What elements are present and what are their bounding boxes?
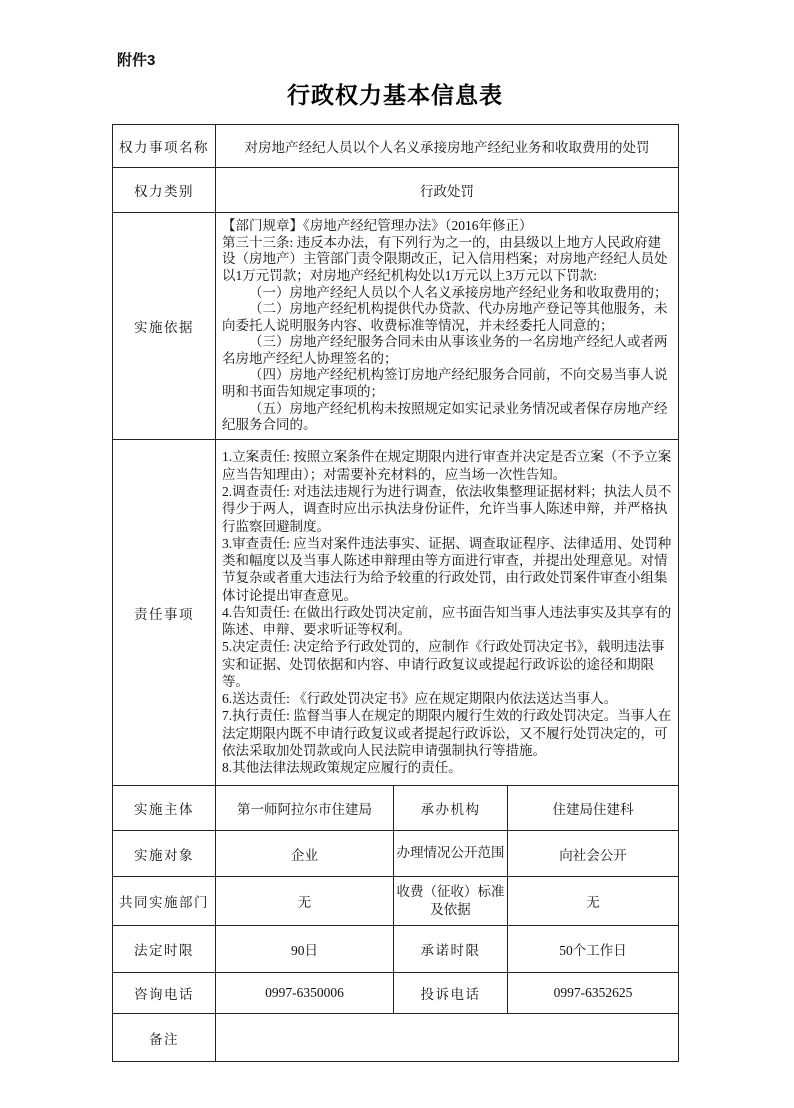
responsibility-paragraph: 3.审查责任: 应当对案件违法事实、证据、调查取证程序、法律适用、处罚种类和幅度… xyxy=(222,535,672,604)
basis-paragraph: （二）房地产经纪机构提供代办贷款、代办房地产登记等其他服务，未向委托人说明服务内… xyxy=(222,301,672,334)
legal-time-limit-label: 法定时限 xyxy=(113,926,216,973)
document-page: 附件3 行政权力基本信息表 权力事项名称 对房地产经纪人员以个人名义承接房地产经… xyxy=(0,0,794,1108)
page-title: 行政权力基本信息表 xyxy=(112,82,678,110)
basis-label: 实施依据 xyxy=(113,213,216,440)
fee-standard-label: 收费（征收）标准及依据 xyxy=(394,877,508,926)
basis-paragraph: 【部门规章】《房地产经纪管理办法》（2016年修正） xyxy=(222,218,672,235)
row-object: 实施对象 企业 办理情况公开范围 向社会公开 xyxy=(113,831,679,877)
responsibility-paragraph: 2.调查责任: 对违法违规行为进行调查，依法收集整理证据材料；执法人员不得少于两… xyxy=(222,483,672,535)
row-subject: 实施主体 第一师阿拉尔市住建局 承办机构 住建局住建科 xyxy=(113,786,679,831)
row-basis: 实施依据 【部门规章】《房地产经纪管理办法》（2016年修正） 第三十三条: 违… xyxy=(113,213,679,440)
object-value: 企业 xyxy=(216,831,394,877)
responsibility-paragraph: 8.其他法律法规政策规定应履行的责任。 xyxy=(222,759,672,776)
subject-label: 实施主体 xyxy=(113,786,216,831)
item-name-value: 对房地产经纪人员以个人名义承接房地产经纪业务和收取费用的处罚 xyxy=(216,125,679,168)
subject-value: 第一师阿拉尔市住建局 xyxy=(216,786,394,831)
row-category: 权力类别 行政处罚 xyxy=(113,168,679,213)
attachment-label: 附件3 xyxy=(117,52,794,70)
responsibility-paragraph: 4.告知责任: 在做出行政处罚决定前，应书面告知当事人违法事实及其享有的陈述、申… xyxy=(222,604,672,639)
row-joint-department: 共同实施部门 无 收费（征收）标准及依据 无 xyxy=(113,877,679,926)
item-name-label: 权力事项名称 xyxy=(113,125,216,168)
remark-label: 备注 xyxy=(113,1014,216,1062)
responsibility-label: 责任事项 xyxy=(113,440,216,786)
basis-text: 【部门规章】《房地产经纪管理办法》（2016年修正） 第三十三条: 违反本办法，… xyxy=(216,213,679,440)
joint-department-value: 无 xyxy=(216,877,394,926)
basis-paragraph: （五）房地产经纪机构未按照规定如实记录业务情况或者保存房地产经纪服务合同的。 xyxy=(222,401,672,434)
remark-value xyxy=(216,1014,679,1062)
undertaking-org-value: 住建局住建科 xyxy=(508,786,679,831)
row-item-name: 权力事项名称 对房地产经纪人员以个人名义承接房地产经纪业务和收取费用的处罚 xyxy=(113,125,679,168)
responsibility-paragraph: 1.立案责任: 按照立案条件在规定期限内进行审查并决定是否立案（不予立案应当告知… xyxy=(222,448,672,483)
responsibility-paragraph: 5.决定责任: 决定给予行政处罚的，应制作《行政处罚决定书》，载明违法事实和证据… xyxy=(222,638,672,690)
consult-phone-label: 咨询电话 xyxy=(113,973,216,1014)
legal-time-limit-value: 90日 xyxy=(216,926,394,973)
responsibility-paragraph: 6.送达责任: 《行政处罚决定书》应在规定期限内依法送达当事人。 xyxy=(222,690,672,707)
disclosure-scope-value: 向社会公开 xyxy=(508,831,679,877)
basis-paragraph: 第三十三条: 违反本办法，有下列行为之一的，由县级以上地方人民政府建设（房地产）… xyxy=(222,235,672,285)
fee-standard-value: 无 xyxy=(508,877,679,926)
basis-paragraph: （四）房地产经纪机构签订房地产经纪服务合同前，不向交易当事人说明和书面告知规定事… xyxy=(222,367,672,400)
info-table: 权力事项名称 对房地产经纪人员以个人名义承接房地产经纪业务和收取费用的处罚 权力… xyxy=(112,124,679,1062)
basis-paragraph: （一）房地产经纪人员以个人名义承接房地产经纪业务和收取费用的； xyxy=(222,285,672,302)
basis-paragraph: （三）房地产经纪服务合同未由从事该业务的一名房地产经纪人或者两名房地产经纪人协理… xyxy=(222,334,672,367)
responsibility-paragraph: 7.执行责任: 监督当事人在规定的期限内履行生效的行政处罚决定。当事人在法定期限… xyxy=(222,707,672,759)
consult-phone-value: 0997-6350006 xyxy=(216,973,394,1014)
row-remark: 备注 xyxy=(113,1014,679,1062)
category-label: 权力类别 xyxy=(113,168,216,213)
row-responsibility: 责任事项 1.立案责任: 按照立案条件在规定期限内进行审查并决定是否立案（不予立… xyxy=(113,440,679,786)
joint-department-label: 共同实施部门 xyxy=(113,877,216,926)
row-phone: 咨询电话 0997-6350006 投诉电话 0997-6352625 xyxy=(113,973,679,1014)
category-value: 行政处罚 xyxy=(216,168,679,213)
object-label: 实施对象 xyxy=(113,831,216,877)
complaint-phone-value: 0997-6352625 xyxy=(508,973,679,1014)
complaint-phone-label: 投诉电话 xyxy=(394,973,508,1014)
responsibility-text: 1.立案责任: 按照立案条件在规定期限内进行审查并决定是否立案（不予立案应当告知… xyxy=(216,440,679,786)
undertaking-org-label: 承办机构 xyxy=(394,786,508,831)
row-time-limit: 法定时限 90日 承诺时限 50个工作日 xyxy=(113,926,679,973)
promised-time-limit-value: 50个工作日 xyxy=(508,926,679,973)
promised-time-limit-label: 承诺时限 xyxy=(394,926,508,973)
disclosure-scope-label: 办理情况公开范围 xyxy=(394,831,508,877)
